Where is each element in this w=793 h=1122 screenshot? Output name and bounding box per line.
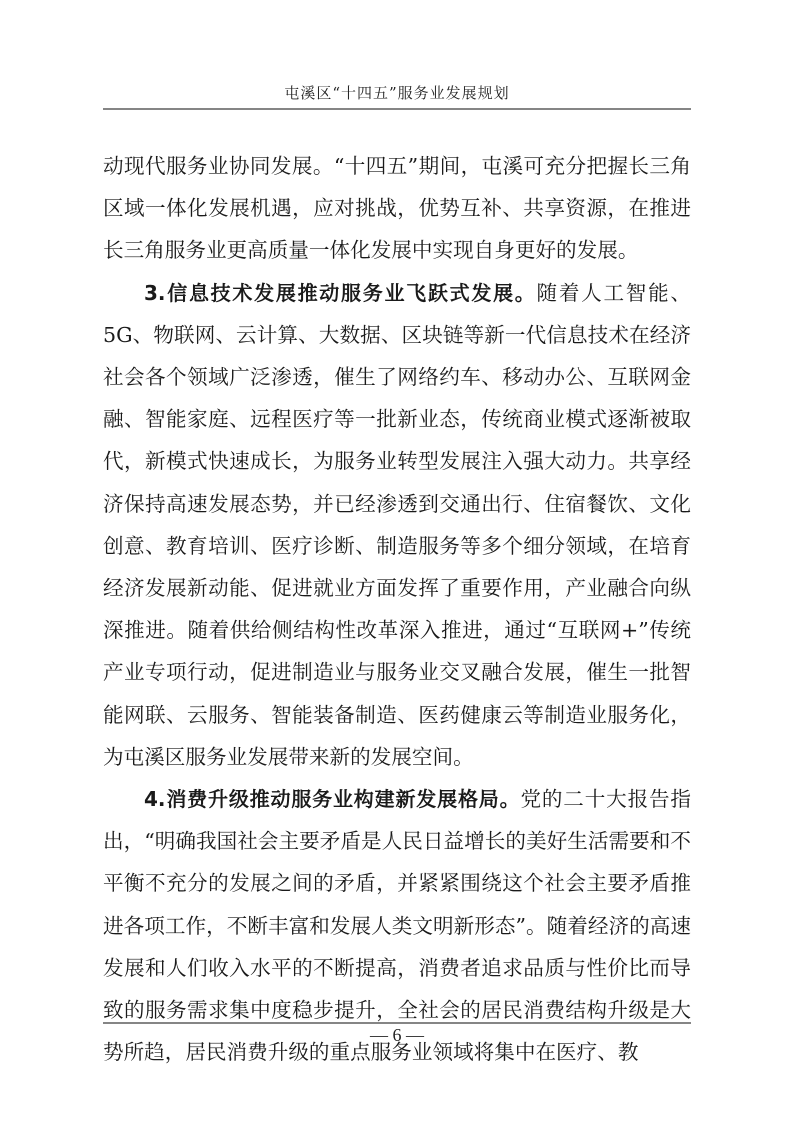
running-header-title: 屯溪区“十四五”服务业发展规划: [103, 82, 691, 103]
paragraph-text: 随着人工智能、5G、物联网、云计算、大数据、区块链等新一代信息技术在经济社会各个…: [103, 281, 691, 769]
document-body: 动现代服务业协同发展。“十四五”期间，屯溪可充分把握长三角区域一体化发展机遇，应…: [103, 145, 691, 1073]
paragraph-continued: 动现代服务业协同发展。“十四五”期间，屯溪可充分把握长三角区域一体化发展机遇，应…: [103, 145, 691, 272]
header-divider: [103, 108, 691, 110]
paragraph-heading: 4.消费升级推动服务业构建新发展格局。: [144, 787, 520, 811]
paragraph-text: 动现代服务业协同发展。“十四五”期间，屯溪可充分把握长三角区域一体化发展机遇，应…: [103, 154, 691, 262]
footer-divider: [103, 1022, 691, 1024]
paragraph-info-tech: 3.信息技术发展推动服务业飞跃式发展。随着人工智能、5G、物联网、云计算、大数据…: [103, 272, 691, 778]
paragraph-heading: 3.信息技术发展推动服务业飞跃式发展。: [144, 281, 537, 305]
page-number: — 6 —: [103, 1025, 691, 1046]
